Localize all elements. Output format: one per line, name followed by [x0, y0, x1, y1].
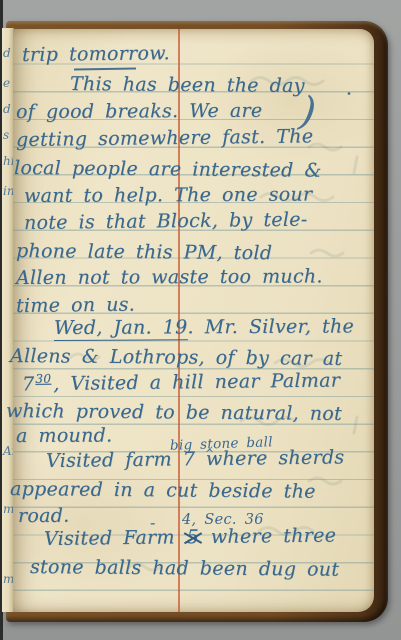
- handwriting-text: . Mr. Silver, the: [187, 315, 354, 338]
- handwriting-line: road.: [18, 505, 70, 527]
- handwriting-text: Visited Farm: [44, 526, 186, 550]
- handwriting-line: 730, Visited a hill near Palmar: [22, 368, 340, 395]
- handwriting-text: where three: [200, 524, 336, 548]
- handwriting-line-date-heading: Wed, Jan. 19. Mr. Silver, the: [54, 315, 354, 339]
- handwriting-line: trip tomorrow.: [22, 42, 170, 66]
- handwriting-line: which proved to be natural, not: [6, 400, 342, 425]
- superscript-minutes: 30: [35, 372, 51, 386]
- handwriting-line: note is that Block, by tele-: [24, 209, 308, 234]
- handwriting-line-with-strikethrough: Visited Farm 5 where three: [44, 524, 336, 550]
- handwriting-line: Allens & Lothrops, of by car at: [10, 345, 343, 370]
- handwriting-line: local people are interested &: [14, 157, 322, 182]
- cutoff-letter-fragment: d: [3, 102, 11, 116]
- handwriting-line: Visited farm 7 where sherds: [46, 446, 345, 472]
- handwriting-line: appeared in a cut beside the: [10, 478, 316, 503]
- time-numeral: 7: [22, 373, 35, 395]
- underlined-date: Wed, Jan. 19: [54, 316, 188, 341]
- handwriting-line: stone balls had been dug out: [30, 556, 339, 581]
- handwriting-text: , Visited a hill near Palmar: [53, 369, 340, 395]
- cutoff-letter-fragment: s: [3, 128, 9, 142]
- handwriting-line: phone late this PM, told: [16, 240, 272, 264]
- scanned-notebook-photo: d e d s hi in Am m. m': [0, 0, 401, 640]
- handwriting-text: This has been the day: [70, 73, 305, 97]
- notebook-page: trip tomorrow. This has been the day . o…: [13, 29, 374, 612]
- handwriting-line: This has been the day .: [70, 73, 305, 97]
- handwriting-line: time on us.: [16, 294, 135, 317]
- handwriting-line: a mound.: [16, 424, 113, 447]
- handwriting-line: want to help. The one sour: [24, 183, 313, 207]
- trailing-period: .: [346, 77, 353, 99]
- handwriting-line: of good breaks. We are: [16, 100, 263, 123]
- handwriting-line: Allen not to waste too much.: [16, 265, 323, 289]
- handwriting-line: getting somewhere fast. The: [16, 125, 314, 151]
- crossed-out-numeral: 5: [185, 526, 200, 548]
- cutoff-letter-fragment: e: [3, 76, 10, 90]
- cutoff-letter-fragment: d: [3, 46, 11, 60]
